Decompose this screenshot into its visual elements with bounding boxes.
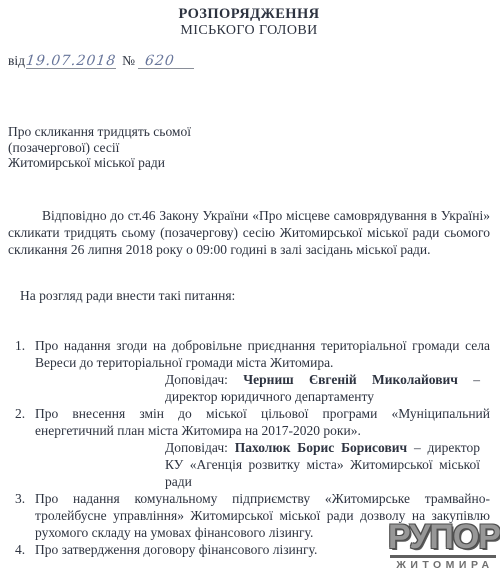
subject-line-1: Про скликання тридцять сьомої [8,124,258,140]
item-number: 4. [15,541,25,558]
agenda-item-4: 4. Про затвердження договору фінансового… [8,541,490,558]
watermark-subtitle: ЖИТОМИРА [388,560,498,571]
agenda-intro: На розгляд ради внести такі питання: [8,288,490,304]
subject-line-2: (позачергової) сесії [8,140,258,156]
reporter-label: Доповідач: [165,440,228,455]
scanned-document: { "header": { "title_line1": "РОЗПОРЯДЖЕ… [0,0,500,572]
item-number: 3. [15,490,25,507]
agenda-item-3: 3. Про надання комунальному підприємству… [8,490,490,541]
reporter-name: Черниш Євгеній Миколайович [243,372,458,387]
doc-number-field: 620 [138,54,194,69]
reporter-label: Доповідач: [165,372,228,387]
agenda-item-1: 1. Про надання згоди на добровільне приє… [8,337,490,405]
body-paragraph: Відповідно до ст.46 Закону України «Про … [8,207,490,258]
document-subtitle: МІСЬКОГО ГОЛОВИ [8,23,490,38]
reference-line: від19.07.2018№620 [8,53,490,69]
number-sign: № [122,53,135,68]
reporter-name: Пахолюк Борис Борисович [235,440,407,455]
item-number: 1. [15,337,25,354]
subject-block: Про скликання тридцять сьомої (позачерго… [8,124,258,171]
document-title: РОЗПОРЯДЖЕННЯ [8,6,490,22]
item-number: 2. [15,405,25,422]
date-field: 19.07.2018 [26,54,116,69]
item-text: Про надання комунальному підприємству «Ж… [35,490,490,541]
handwritten-number: 620 [144,54,175,68]
item-text: Про надання згоди на добровільне приєдна… [35,337,490,371]
date-prefix-label: від [8,53,25,68]
agenda-list: 1. Про надання згоди на добровільне приє… [8,337,490,558]
item-text: Про внесення змін до міської цільової пр… [35,405,490,439]
agenda-item-2: 2. Про внесення змін до міської цільової… [8,405,490,490]
handwritten-date: 19.07.2018 [25,54,117,68]
reporter-line: Доповідач: Пахолюк Борис Борисович – дир… [165,439,480,490]
document-page: РОЗПОРЯДЖЕННЯ МІСЬКОГО ГОЛОВИ від19.07.2… [0,0,500,558]
reporter-line: Доповідач: Черниш Євгеній Миколайович – … [165,371,480,405]
item-text: Про затвердження договору фінансового лі… [35,541,490,558]
subject-line-3: Житомирської міської ради [8,155,258,171]
